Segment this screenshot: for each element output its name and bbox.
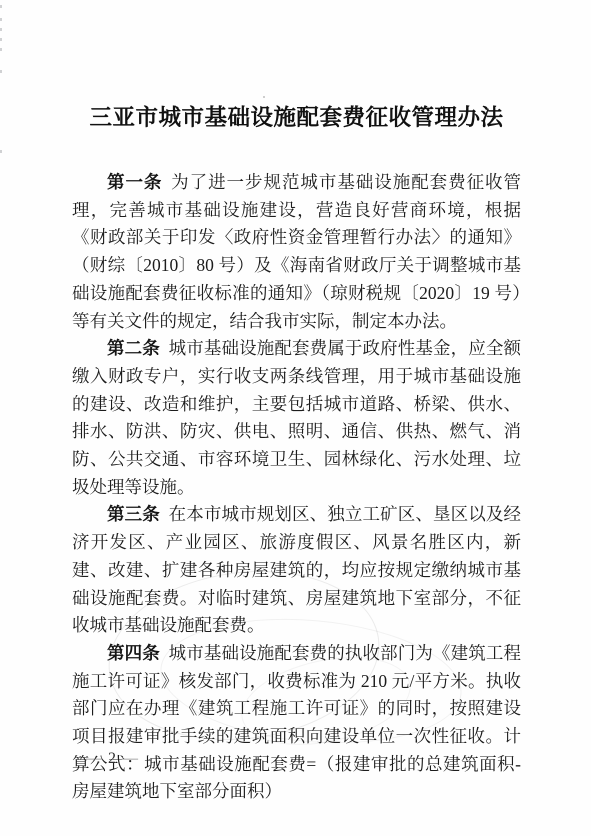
scan-dot bbox=[263, 96, 265, 98]
scan-speck bbox=[0, 5, 2, 8]
article-paragraph: 第三条在本市城市规划区、独立工矿区、垦区以及经济开发区、产业园区、旅游度假区、风… bbox=[72, 501, 521, 640]
footer-dash-left: — bbox=[86, 750, 104, 767]
scan-speck bbox=[0, 38, 2, 41]
scan-speck bbox=[0, 18, 2, 21]
article-1-label: 第一条 bbox=[107, 172, 162, 192]
scan-speck bbox=[0, 28, 2, 31]
article-1-text: 为了进一步规范城市基础设施配套费征收管理，完善城市基础设施建设，营造良好营商环境… bbox=[72, 172, 521, 331]
article-3-text: 在本市城市规划区、独立工矿区、垦区以及经济开发区、产业园区、旅游度假区、风景名胜… bbox=[72, 504, 521, 635]
page-number-footer: —2— bbox=[86, 750, 140, 768]
article-paragraph: 第四条城市基础设施配套费的执收部门为《建筑工程施工许可证》核发部门，收费标准为 … bbox=[72, 640, 521, 806]
footer-dash-right: — bbox=[122, 750, 140, 767]
article-4-text: 城市基础设施配套费的执收部门为《建筑工程施工许可证》核发部门，收费标准为 210… bbox=[72, 643, 521, 802]
scan-speck bbox=[0, 70, 2, 73]
article-paragraph: 第一条为了进一步规范城市基础设施配套费征收管理，完善城市基础设施建设，营造良好营… bbox=[72, 169, 521, 335]
scan-speck bbox=[0, 150, 2, 153]
scan-speck bbox=[0, 48, 2, 51]
article-3-label: 第三条 bbox=[107, 504, 160, 524]
article-2-text: 城市基础设施配套费属于政府性基金，应全额缴入财政专户，实行收支两条线管理，用于城… bbox=[72, 338, 521, 497]
document-body: 第一条为了进一步规范城市基础设施配套费征收管理，完善城市基础设施建设，营造良好营… bbox=[72, 169, 521, 806]
footer-page-number: 2 bbox=[104, 750, 122, 767]
article-2-label: 第二条 bbox=[107, 338, 160, 358]
document-title: 三亚市城市基础设施配套费征收管理办法 bbox=[60, 100, 533, 132]
scanned-document-page: 三亚市城市基础设施配套费征收管理办法 第一条为了进一步规范城市基础设施配套费征收… bbox=[0, 0, 591, 836]
article-paragraph: 第二条城市基础设施配套费属于政府性基金，应全额缴入财政专户，实行收支两条线管理，… bbox=[72, 335, 521, 501]
article-4-label: 第四条 bbox=[107, 643, 160, 663]
